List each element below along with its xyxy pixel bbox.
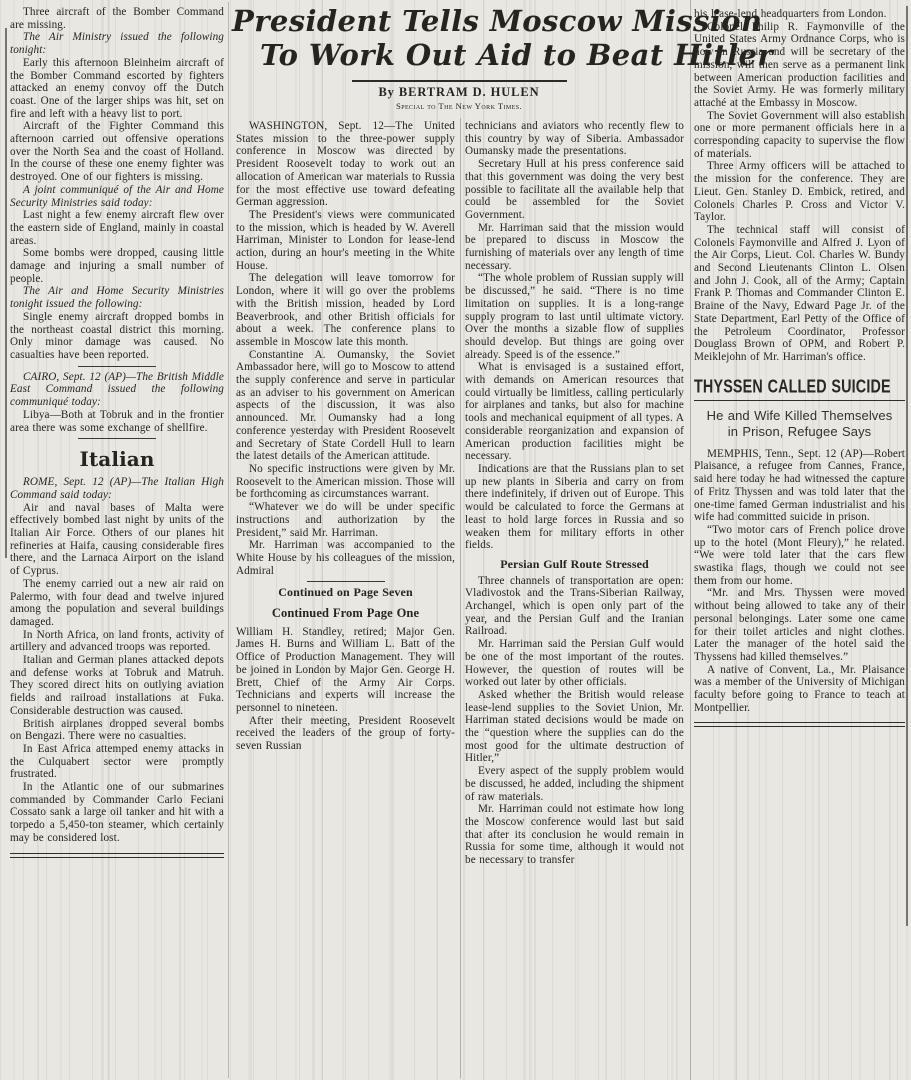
article-paragraph: technicians and aviators who recently fl… [465,120,684,158]
article-paragraph: No specific instructions were given by M… [236,463,455,501]
article-paragraph: WASHINGTON, Sept. 12—The United States m… [236,120,455,209]
byline-credit: Special to The New York Times. [230,101,688,111]
column-right-news: his lease-lend headquarters from London.… [694,8,905,727]
article-paragraph: What is envisaged is a sustained effort,… [465,361,684,463]
divider-rule [78,438,156,439]
article-paragraph: Mr. Harriman said the Persian Gulf would… [465,638,684,689]
byline: By BERTRAM D. HULEN [230,85,688,100]
headline-rule [352,80,567,82]
article-paragraph: MEMPHIS, Tenn., Sept. 12 (AP)—Robert Pla… [694,448,905,524]
article-paragraph: “Two motor cars of French police drove u… [694,524,905,588]
article-paragraph: Every aspect of the supply problem would… [465,765,684,803]
article-paragraph: ROME, Sept. 12 (AP)—The Italian High Com… [10,476,224,501]
article-paragraph: Mr. Harriman could not estimate how long… [465,803,684,867]
article-paragraph: Colonel Philip R. Faymonville of the Uni… [694,21,905,110]
main-article-header: President Tells Moscow Mission To Work O… [230,4,688,111]
article-paragraph: Constantine A. Oumansky, the Soviet Amba… [236,349,455,463]
article-paragraph: Libya—Both at Tobruk and in the frontier… [10,409,224,434]
article-paragraph: The President's views were communicated … [236,209,455,273]
article-paragraph: his lease-lend headquarters from London. [694,8,905,21]
continued-from-page-one: Continued From Page One [236,607,455,620]
article-paragraph: Indications are that the Russians plan t… [465,463,684,552]
divider-rule [694,722,905,727]
article-paragraph: In the Atlantic one of our submarines co… [10,781,224,845]
article-paragraph: Asked whether the British would release … [465,689,684,765]
column-article-left: WASHINGTON, Sept. 12—The United States m… [236,120,455,753]
article-paragraph: A native of Convent, La., Mr. Plaisance … [694,664,905,715]
article-paragraph: The enemy carried out a new air raid on … [10,578,224,629]
article-paragraph: In East Africa attemped enemy attacks in… [10,743,224,781]
article-paragraph: Last night a few enemy aircraft flew ove… [10,209,224,247]
thyssen-headline: THYSSEN CALLED SUICIDE [694,375,867,397]
article-paragraph: Mr. Harriman said that the mission would… [465,222,684,273]
column-divider [690,0,691,1080]
article-paragraph: “Mr. and Mrs. Thyssen were moved without… [694,587,905,663]
article-paragraph: The Air and Home Security Ministries ton… [10,285,224,310]
article-paragraph: A joint communiqué of the Air and Home S… [10,184,224,209]
column-war-communiques: Three aircraft of the Bomber Command are… [10,6,224,858]
article-paragraph: Three channels of transportation are ope… [465,575,684,639]
article-paragraph: British airplanes dropped several bombs … [10,718,224,743]
persian-gulf-crosshead: Persian Gulf Route Stressed [465,558,684,571]
article-paragraph: “The whole problem of Russian supply wil… [465,272,684,361]
article-paragraph: Some bombs were dropped, causing little … [10,247,224,285]
divider-rule [78,366,156,367]
article-paragraph: The Air Ministry issued the following to… [10,31,224,56]
thyssen-deck: He and Wife Killed Themselves in Prison,… [694,408,905,441]
article-paragraph: Three Army officers will be attached to … [694,160,905,224]
left-edge-rule [5,28,7,558]
article-paragraph: The delegation will leave tomorrow for L… [236,272,455,348]
newspaper-page: Three aircraft of the Bomber Command are… [0,0,911,1080]
article-paragraph: Aircraft of the Fighter Command this aft… [10,120,224,184]
continued-on-page-seven: Continued on Page Seven [236,586,455,599]
divider-rule [307,581,385,582]
right-edge-rule [906,6,908,926]
italian-subhead: Italian [10,447,224,471]
main-headline-line2: To Work Out Aid to Beat Hitler [230,38,688,72]
article-paragraph: Italian and German planes attacked depot… [10,654,224,718]
divider-rule [10,853,224,858]
article-paragraph: CAIRO, Sept. 12 (AP)—The British Middle … [10,371,224,409]
article-paragraph: Mr. Harriman was accompanied to the Whit… [236,539,455,577]
article-paragraph: Three aircraft of the Bomber Command are… [10,6,224,31]
article-paragraph: Single enemy aircraft dropped bombs in t… [10,311,224,362]
column-divider [228,2,229,1078]
article-paragraph: The technical staff will consist of Colo… [694,224,905,364]
article-paragraph: Secretary Hull at his press conference s… [465,158,684,222]
article-paragraph: After their meeting, President Roosevelt… [236,715,455,753]
article-paragraph: The Soviet Government will also establis… [694,110,905,161]
article-paragraph: Early this afternoon Bleinheim aircraft … [10,57,224,121]
column-article-right: technicians and aviators who recently fl… [465,120,684,867]
article-paragraph: “Whatever we do will be under specific i… [236,501,455,539]
thyssen-headline-rule [694,400,905,401]
article-paragraph: William H. Standley, retired; Major Gen.… [236,626,455,715]
column-divider [460,118,461,1078]
article-paragraph: Air and naval bases of Malta were effect… [10,502,224,578]
article-paragraph: In North Africa, on land fronts, activit… [10,629,224,654]
main-headline-line1: President Tells Moscow Mission [230,4,688,38]
